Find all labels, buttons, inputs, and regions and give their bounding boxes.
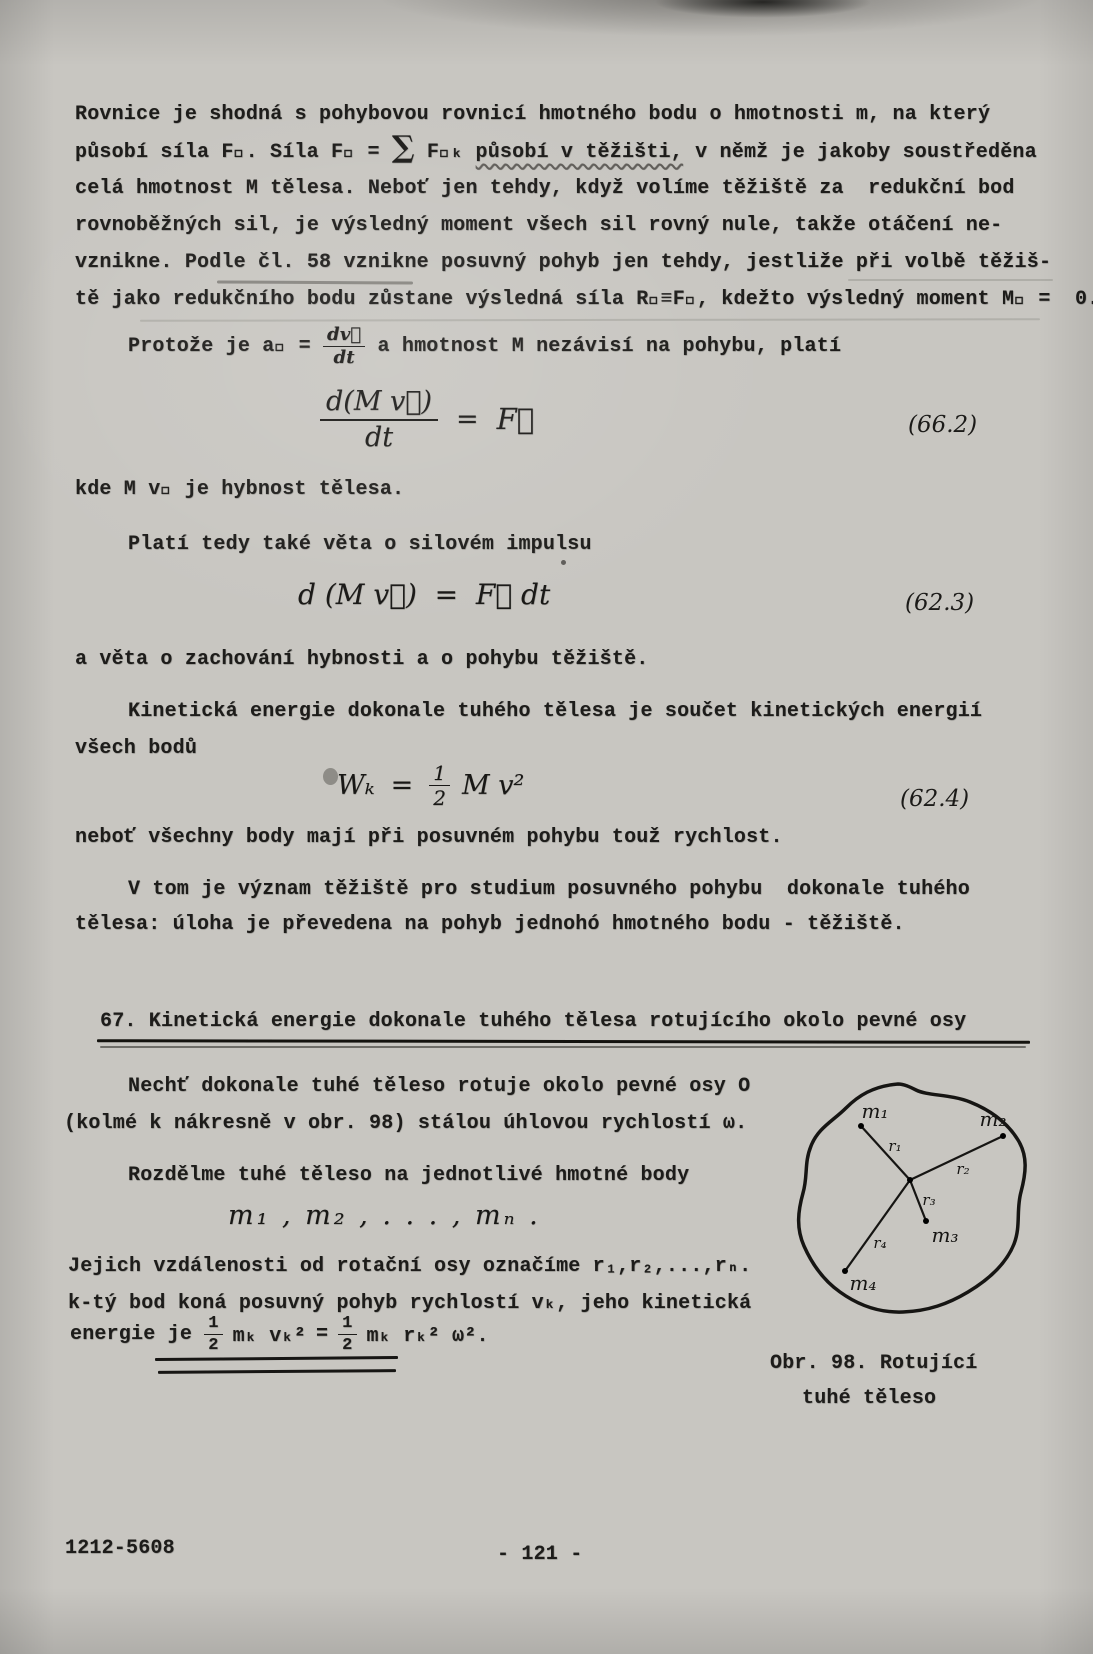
scanned-document-page: Rovnice je shodná s pohybovou rovnicí hm… [0, 0, 1093, 1654]
figure-caption-line1: Obr. 98. Rotující [770, 1352, 977, 1375]
footer-code: 1212-5608 [65, 1537, 175, 1560]
mass-point-3 [923, 1218, 929, 1224]
mass-point-2 [1000, 1133, 1006, 1139]
one-half-fraction: 1 2 [429, 763, 450, 808]
equals-sign: = [391, 770, 414, 801]
line2-text-b: F⃗ₖ [415, 138, 476, 164]
mass-label-m4: m₄ [850, 1271, 877, 1295]
mass-point-1 [858, 1123, 864, 1129]
dv-dt-fraction: dv⃗ dt [323, 326, 365, 367]
line2-underlined-phrase: působí v těžišti, [476, 141, 683, 164]
paragraph1-line3: celá hmotnost M tělesa. Neboť jen tehdy,… [75, 177, 1015, 200]
radius-label-r4: r₄ [873, 1234, 886, 1252]
line-kineticka-1: Kinetická energie dokonale tuhého tělesa… [128, 700, 982, 723]
paragraph1-line5: vznikne. Podle čl. 58 vznikne posuvný po… [75, 251, 1051, 274]
protoze-text-a: Protože je a⃗ = [128, 335, 323, 358]
mass-label-m1: m₁ [862, 1099, 889, 1123]
pencil-underline-jen-tehdy [217, 280, 413, 284]
fraction-numerator: 1 [429, 763, 450, 786]
masses-list-formula: m₁ , m₂ , . . . , mₙ . [228, 1200, 541, 1231]
equation-66-2-numerator: d(M v⃗) [320, 387, 438, 421]
equation-62-3: d (M v⃗) = F⃗ dt [298, 578, 550, 611]
figure-obr-98: m₁ m₂ m₃ m₄ r₁ r₂ r₃ r₄ [778, 1058, 1050, 1330]
radius-line-1 [861, 1126, 910, 1180]
equation-62-4-lhs: Wₖ [337, 770, 375, 801]
paragraph1-line4: rovnoběžných sil, je výsledný moment vše… [75, 214, 1002, 237]
line-vtom-1: V tom je význam těžiště pro studium posu… [128, 878, 970, 901]
radius-line-4 [845, 1180, 910, 1271]
energy-term-2: mₖ rₖ² ω². [367, 1322, 489, 1348]
equation-66-2: d(M v⃗) dt = F⃗ [320, 387, 534, 451]
equation-62-3-tag: (62.3) [905, 590, 974, 616]
equals-sign: = [316, 1323, 328, 1346]
line-veta: a věta o zachování hybnosti a o pohybu t… [75, 648, 649, 671]
fraction-denominator: 2 [433, 786, 446, 808]
fraction-numerator: 1 [338, 1315, 356, 1335]
fraction-denominator: 2 [342, 1335, 352, 1354]
fraction-numerator: dv⃗ [323, 326, 365, 347]
one-half-fraction: 1 2 [338, 1315, 356, 1354]
line-necht-2: (kolmé k nákresně v obr. 98) stálou úhlo… [64, 1112, 747, 1135]
equation-66-2-tag: (66.2) [908, 412, 977, 438]
energy-lead-text: energie je [70, 1323, 204, 1346]
mass-point-4 [842, 1268, 848, 1274]
equation-62-4-rhs: M v² [462, 770, 524, 801]
double-underline-bottom [158, 1369, 396, 1374]
line-necht-1: Nechť dokonale tuhé těleso rotuje okolo … [128, 1075, 750, 1098]
line-kineticka-2: všech bodů [75, 737, 197, 760]
line-plati: Platí tedy také věta o silovém impulsu [128, 533, 592, 556]
mass-label-m3: m₃ [932, 1223, 959, 1247]
energy-formula-line: energie je 1 2 mₖ vₖ² = 1 2 mₖ rₖ² ω². [70, 1315, 489, 1354]
ink-speck [561, 560, 566, 565]
equals-sign: = [456, 404, 479, 435]
heading-underline-double [100, 1046, 1026, 1048]
line2-text-c: v němž je jakoby soustředěna [683, 141, 1037, 164]
equation-66-2-fraction: d(M v⃗) dt [320, 387, 438, 451]
pencil-faint-line-top [848, 279, 1053, 281]
protoze-text-b: a hmotnost M nezávisí na pohybu, platí [365, 335, 841, 358]
equation-66-2-denominator: dt [365, 421, 393, 451]
line-rozdelme: Rozdělme tuhé těleso na jednotlivé hmotn… [128, 1164, 689, 1187]
equation-62-4-tag: (62.4) [900, 786, 969, 812]
paragraph1-line1: Rovnice je shodná s pohybovou rovnicí hm… [75, 103, 990, 126]
one-half-fraction: 1 2 [204, 1315, 222, 1354]
double-underline-top [155, 1356, 398, 1361]
radius-label-r2: r₂ [956, 1160, 969, 1178]
line-kty: k-tý bod koná posuvný pohyb rychlostí vₖ… [68, 1289, 751, 1315]
paragraph2-line: Protože je a⃗ = dv⃗ dt a hmotnost M nezá… [128, 326, 841, 367]
line-nebot: neboť všechny body mají při posuvném poh… [75, 826, 783, 849]
line2-text-a: působí síla F⃗. Síla F⃗ = [75, 141, 392, 164]
rotation-center-point [907, 1177, 913, 1183]
line-kde: kde M v⃗ je hybnost tělesa. [75, 478, 404, 501]
figure-caption-line2: tuhé těleso [802, 1387, 936, 1410]
fraction-numerator: 1 [204, 1315, 222, 1335]
line-vtom-2: tělesa: úloha je převedena na pohyb jedn… [75, 913, 905, 936]
page-number: - 121 - [497, 1543, 582, 1566]
summation-icon: ∑ [392, 138, 415, 158]
paragraph1-line6: tě jako redukčního bodu zůstane výsledná… [75, 288, 1093, 311]
radius-label-r3: r₃ [922, 1191, 935, 1209]
heading-underline [97, 1039, 1030, 1044]
fraction-denominator: dt [334, 347, 355, 367]
pencil-faint-line-long [140, 318, 1040, 322]
equation-66-2-rhs: F⃗ [497, 402, 535, 436]
radius-label-r1: r₁ [888, 1137, 901, 1155]
paragraph1-line2: působí síla F⃗. Síla F⃗ = ∑ F⃗ₖ působí v… [75, 138, 1037, 164]
line-jejich: Jejich vzdálenosti od rotační osy označí… [68, 1252, 751, 1278]
section-heading-67: 67. Kinetická energie dokonale tuhého tě… [100, 1010, 966, 1033]
equation-62-4: Wₖ = 1 2 M v² [337, 763, 524, 808]
scan-smudge [323, 768, 338, 785]
fraction-denominator: 2 [208, 1335, 218, 1354]
mass-label-m2: m₂ [980, 1107, 1007, 1131]
energy-term-1: mₖ vₖ² [233, 1322, 306, 1348]
